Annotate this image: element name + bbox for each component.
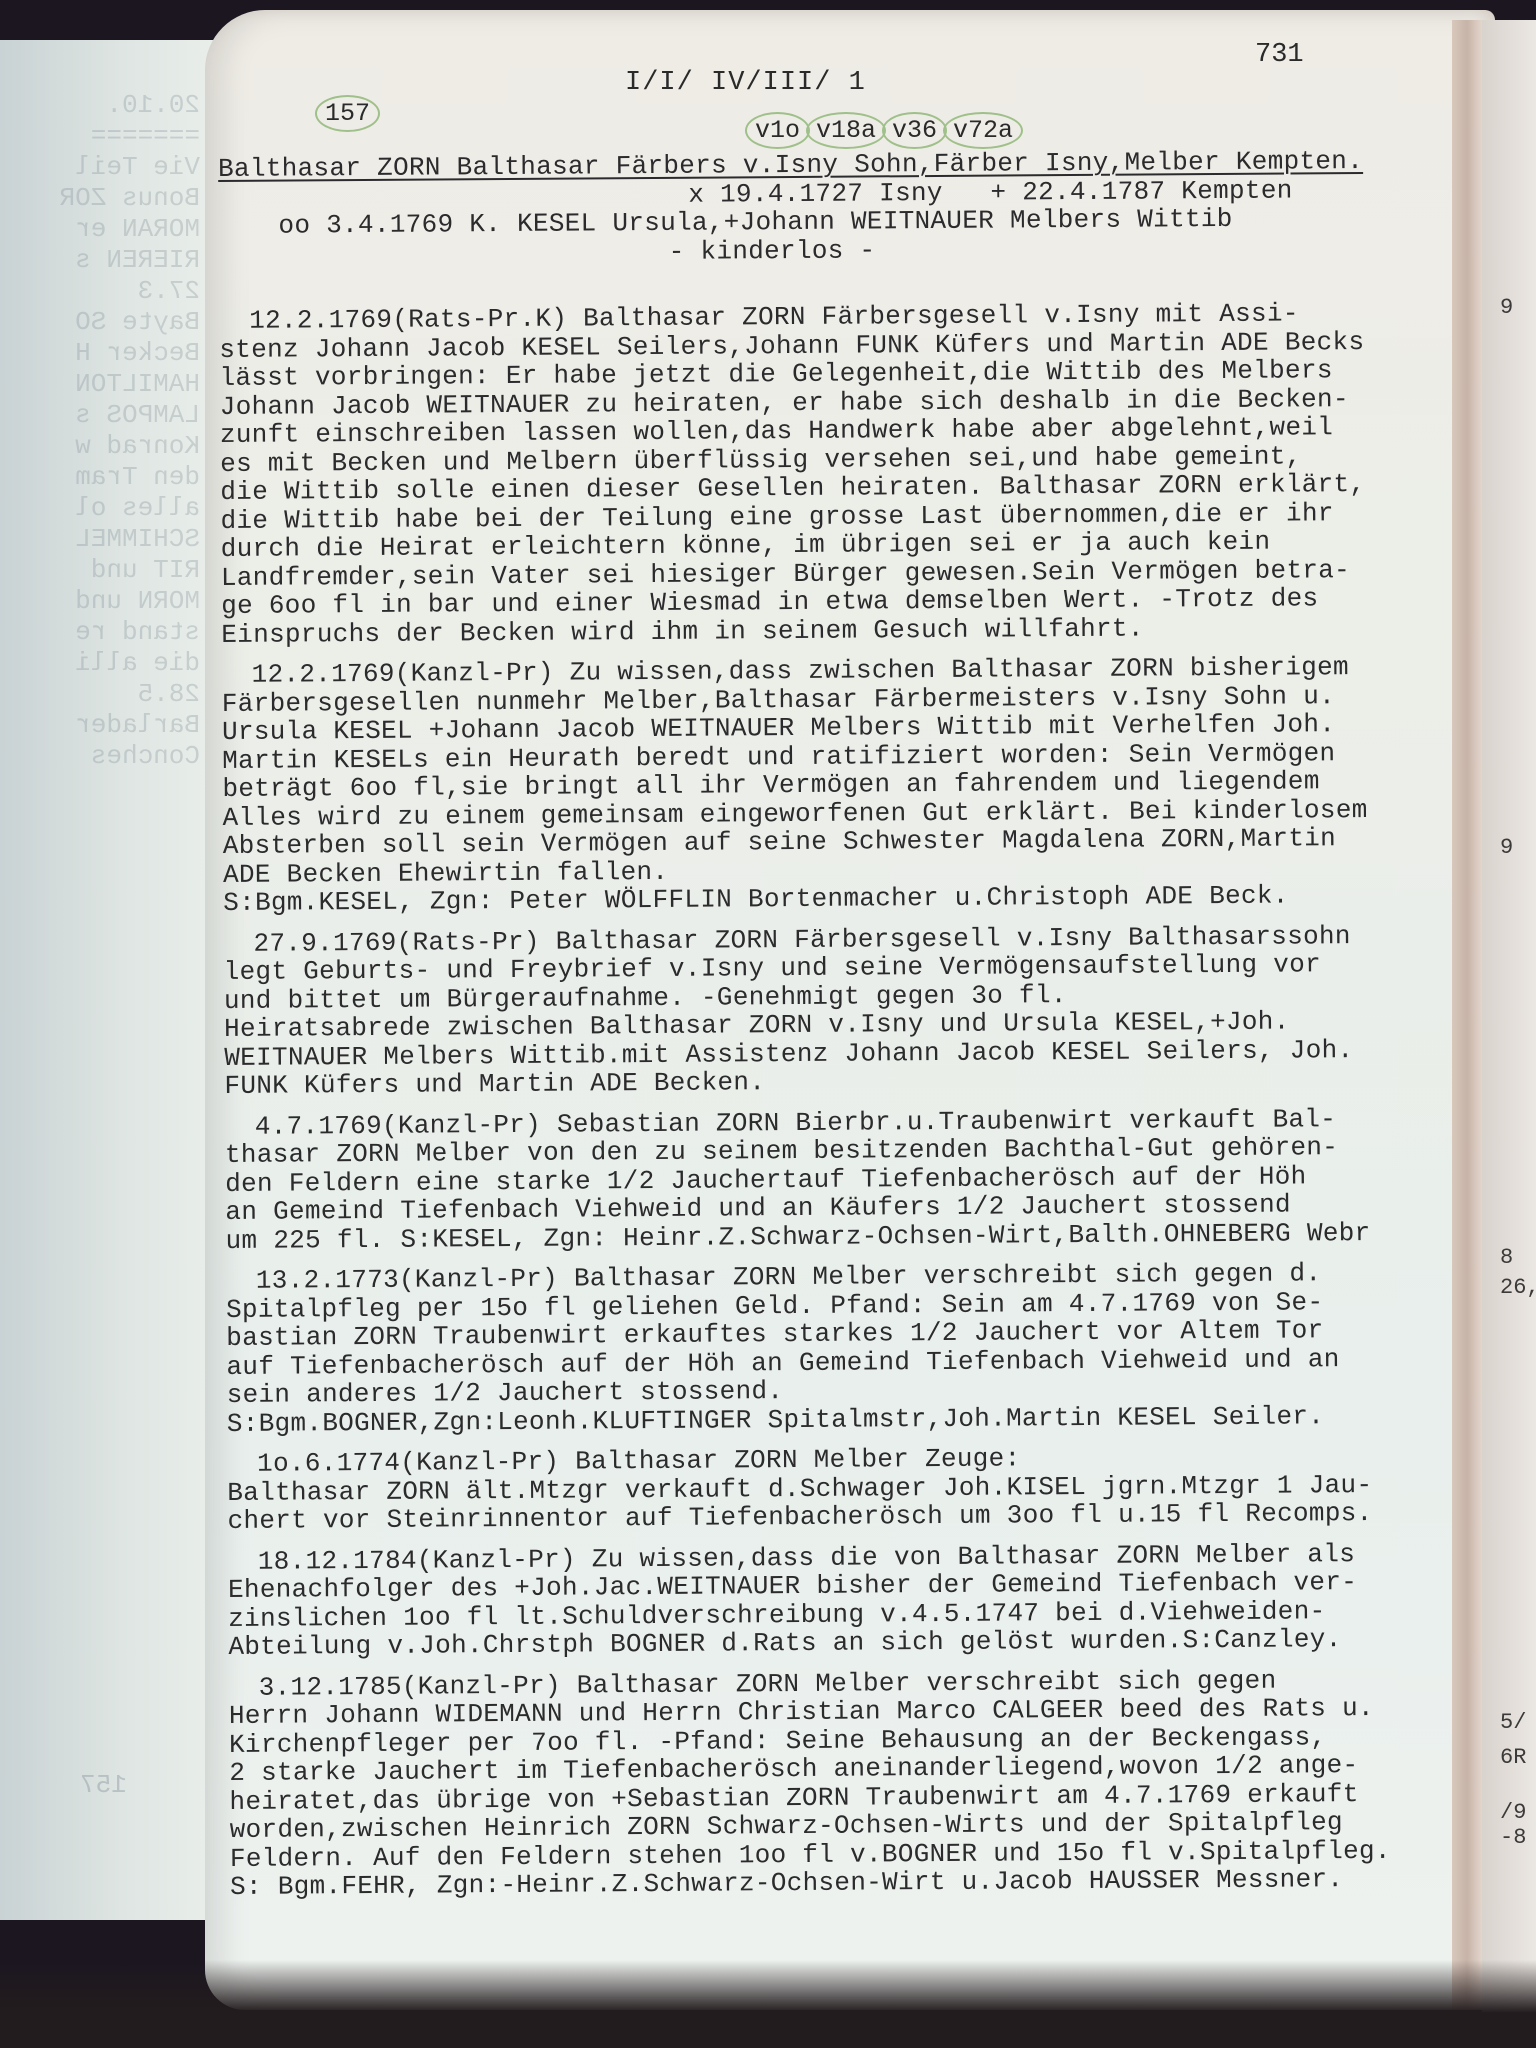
entry-list: 12.2.1769(Rats-Pr.K) Balthasar ZORN Färb…	[219, 298, 1470, 1901]
cross-references: v1o v18a v36 v72a	[745, 112, 1019, 149]
bleed-through-text: 20.10. ======= Vie Teil Bonus ZOR MORAN …	[20, 90, 200, 772]
record-entry: 12.2.1769(Rats-Pr.K) Balthasar ZORN Färb…	[219, 298, 1461, 649]
record-entry: 3.12.1785(Kanzl-Pr) Balthasar ZORN Melbe…	[229, 1665, 1471, 1902]
record-entry: 18.12.1784(Kanzl-Pr) Zu wissen,dass die …	[228, 1539, 1469, 1662]
desk-shadow	[0, 1960, 1536, 2048]
record-entry: 12.2.1769(Kanzl-Pr) Zu wissen,dass zwisc…	[222, 652, 1464, 917]
record-entry: 27.9.1769(Rats-Pr) Balthasar ZORN Färber…	[223, 921, 1464, 1101]
document-body: Balthasar ZORN Balthasar Färbers v.Isny …	[218, 146, 1470, 1901]
cross-ref: v72a	[943, 112, 1023, 149]
record-entry: 1o.6.1774(Kanzl-Pr) Balthasar ZORN Melbe…	[227, 1441, 1468, 1535]
record-entry: 13.2.1773(Kanzl-Pr) Balthasar ZORN Melbe…	[226, 1258, 1467, 1438]
page-number: 731	[1255, 40, 1304, 70]
right-facing-page: 9 9 8 26, 5/ 6R /9 -8	[1482, 20, 1536, 2030]
cross-ref: v18a	[806, 112, 886, 149]
cross-ref: v1o	[745, 112, 810, 149]
archive-signature: I/I/ IV/III/ 1	[625, 68, 866, 98]
folio-number: 157	[315, 95, 380, 132]
left-page-number: 157	[80, 1770, 127, 1800]
folio-circle: 157	[315, 95, 380, 132]
cross-ref: v36	[882, 112, 947, 149]
record-entry: 4.7.1769(Kanzl-Pr) Sebastian ZORN Bierbr…	[225, 1104, 1466, 1255]
left-facing-page: 20.10. ======= Vie Teil Bonus ZOR MORAN …	[0, 40, 215, 1920]
